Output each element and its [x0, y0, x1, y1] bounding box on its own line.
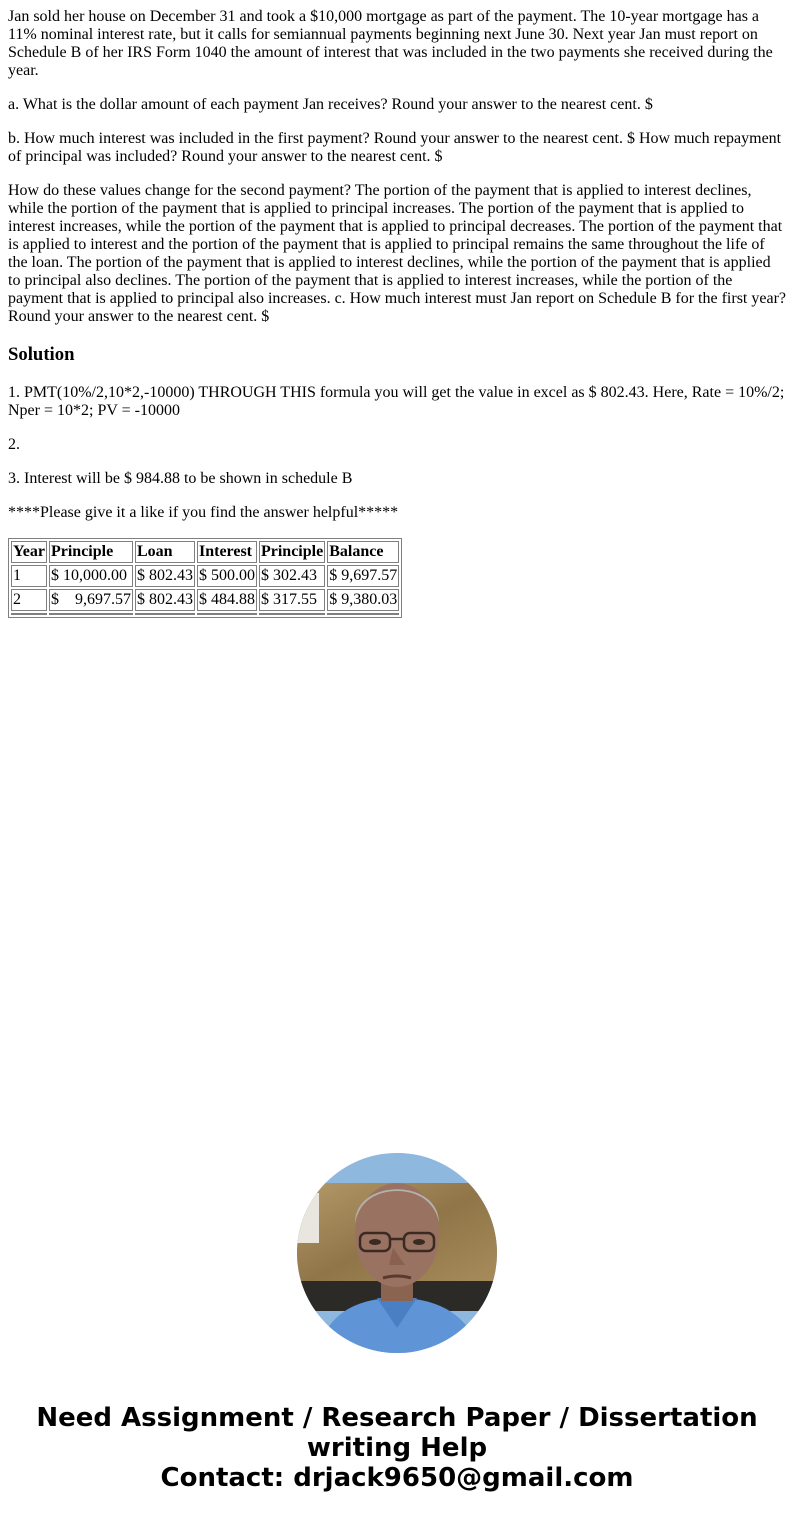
promo-contact: Contact: drjack9650@gmail.com — [0, 1463, 794, 1493]
cell-principle: $ 10,000.00 — [49, 565, 133, 587]
question-part-a: a. What is the dollar amount of each pay… — [8, 96, 786, 114]
header-balance: Balance — [327, 541, 399, 563]
cell-interest: $ 484.88 — [197, 589, 257, 611]
empty-cell — [49, 613, 133, 615]
cell-principle-paid: $ 317.55 — [259, 589, 325, 611]
cell-balance: $ 9,697.57 — [327, 565, 399, 587]
cell-loan: $ 802.43 — [135, 565, 195, 587]
solution-step-1: 1. PMT(10%/2,10*2,-10000) THROUGH THIS f… — [8, 384, 786, 420]
cell-principle: $ 9,697.57 — [49, 589, 133, 611]
question-part-b-followup: How do these values change for the secon… — [8, 182, 786, 326]
cell-balance: $ 9,380.03 — [327, 589, 399, 611]
question-intro: Jan sold her house on December 31 and to… — [8, 8, 786, 80]
solution-heading: Solution — [8, 344, 786, 366]
empty-cell — [327, 613, 399, 615]
cell-interest: $ 500.00 — [197, 565, 257, 587]
table-row: 1 $ 10,000.00 $ 802.43 $ 500.00 $ 302.43… — [11, 565, 399, 587]
header-principle: Principle — [49, 541, 133, 563]
question-part-b: b. How much interest was included in the… — [8, 130, 786, 166]
document-body: Jan sold her house on December 31 and to… — [0, 0, 794, 618]
cell-principle-paid: $ 302.43 — [259, 565, 325, 587]
amortization-table: Year Principle Loan Interest Principle B… — [8, 538, 402, 618]
table-row-empty — [11, 613, 399, 615]
empty-cell — [11, 613, 47, 615]
tutor-portrait-icon — [297, 1153, 497, 1353]
header-loan: Loan — [135, 541, 195, 563]
table-header-row: Year Principle Loan Interest Principle B… — [11, 541, 399, 563]
header-interest: Interest — [197, 541, 257, 563]
empty-cell — [135, 613, 195, 615]
solution-like-note: ****Please give it a like if you find th… — [8, 504, 786, 522]
empty-cell — [197, 613, 257, 615]
empty-cell — [259, 613, 325, 615]
solution-step-2: 2. — [8, 436, 786, 454]
header-year: Year — [11, 541, 47, 563]
promo-line-1: Need Assignment / Research Paper / Disse… — [0, 1403, 794, 1433]
header-principle-paid: Principle — [259, 541, 325, 563]
promo-line-2: writing Help — [0, 1433, 794, 1463]
promo-banner: Need Assignment / Research Paper / Disse… — [0, 1403, 794, 1493]
cell-year: 2 — [11, 589, 47, 611]
solution-step-3: 3. Interest will be $ 984.88 to be shown… — [8, 470, 786, 488]
table-row: 2 $ 9,697.57 $ 802.43 $ 484.88 $ 317.55 … — [11, 589, 399, 611]
tutor-avatar — [297, 1153, 497, 1353]
cell-year: 1 — [11, 565, 47, 587]
cell-loan: $ 802.43 — [135, 589, 195, 611]
